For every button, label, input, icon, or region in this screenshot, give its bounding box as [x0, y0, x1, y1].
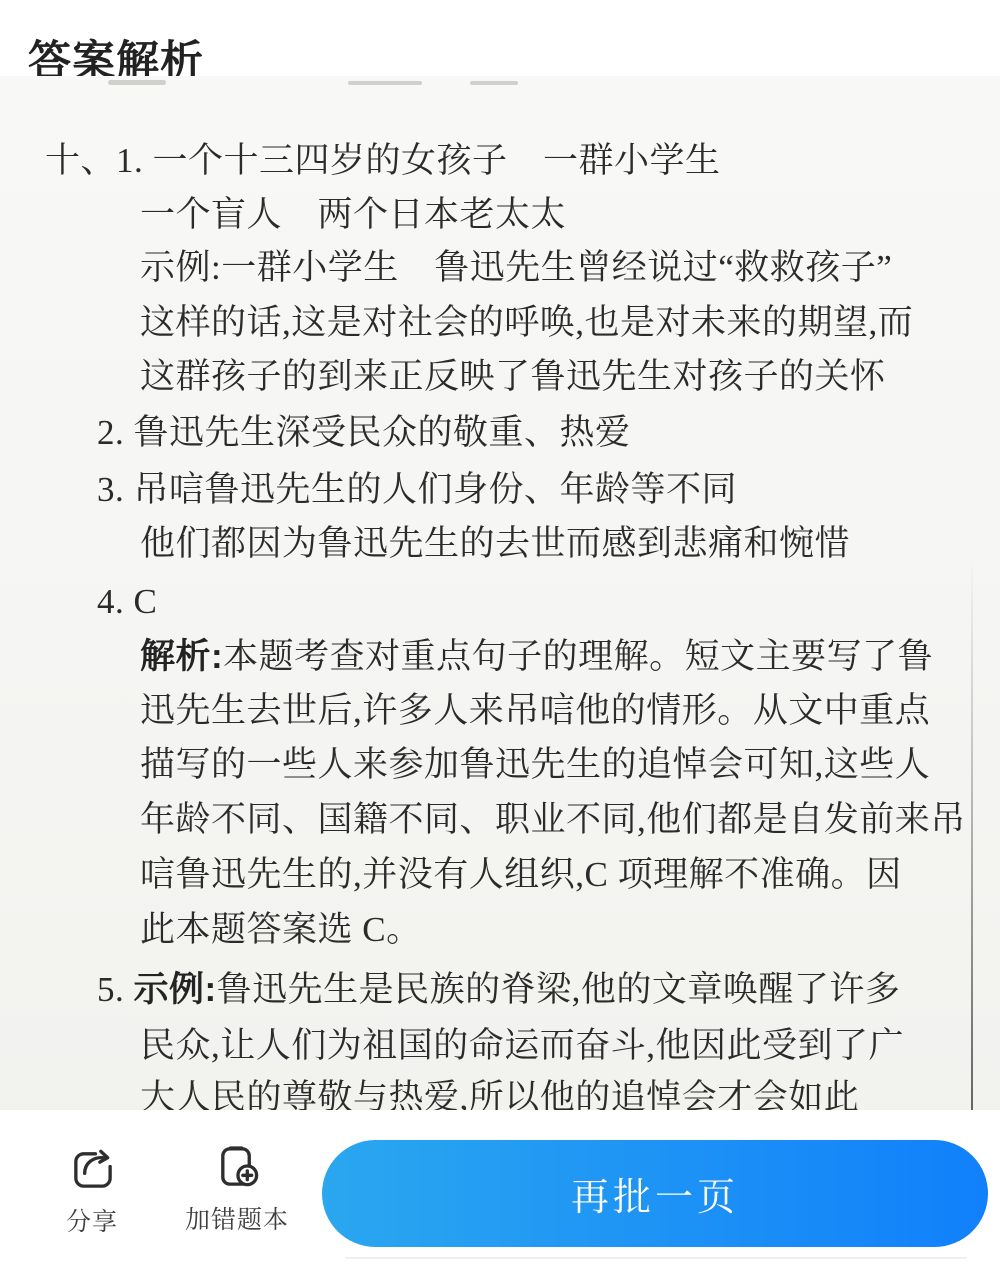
answer-line: 唁鲁迅先生的,并没有人组织,C 项理解不准确。因 [140, 855, 902, 895]
answer-line: 描写的一些人来参加鲁迅先生的追悼会可知,这些人 [140, 745, 930, 785]
scan-artifact [470, 81, 518, 85]
scan-page-edge-line [971, 556, 973, 1110]
answer-line: 他们都因为鲁迅先生的去世而感到悲痛和惋惜 [140, 524, 850, 564]
answer-line-text: 这样的话,这是对社会的呼唤,也是对未来的期望,而 [140, 303, 913, 342]
answer-line-text: 4. C [97, 582, 157, 621]
answer-line-bold: 解析: [140, 637, 223, 676]
mistake-book-add-icon [214, 1142, 261, 1191]
answer-line-text: 示例:一群小学生 鲁迅先生曾经说过“救救孩子” [140, 248, 892, 287]
answer-line-text: 此本题答案选 C。 [140, 910, 422, 949]
scan-artifact [108, 80, 166, 85]
answer-line: 迅先生去世后,许多人来吊唁他的情形。从文中重点 [140, 691, 930, 731]
answer-line: 民众,让人们为祖国的命运而奋斗,他因此受到了广 [140, 1026, 904, 1066]
answer-analysis-screen: 答案解析 十、1. 一个十三四岁的女孩子 一群小学生一个盲人 两个日本老太太示例… [0, 0, 1000, 1273]
answer-line-text: 民众,让人们为祖国的命运而奋斗,他因此受到了广 [140, 1026, 904, 1065]
answer-line-text: 迅先生去世后,许多人来吊唁他的情形。从文中重点 [140, 691, 930, 730]
answer-line: 年龄不同、国籍不同、职业不同,他们都是自发前来吊 [140, 800, 966, 840]
answer-line-text: 描写的一些人来参加鲁迅先生的追悼会可知,这些人 [140, 745, 930, 784]
answer-line: 十、1. 一个十三四岁的女孩子 一群小学生 [45, 141, 721, 181]
answer-line-text: 大人民的尊敬与热爱,所以他的追悼会才会如此 [140, 1078, 859, 1110]
scanned-answer-page: 十、1. 一个十三四岁的女孩子 一群小学生一个盲人 两个日本老太太示例:一群小学… [0, 76, 1000, 1110]
answer-line: 大人民的尊敬与热爱,所以他的追悼会才会如此 [140, 1078, 859, 1110]
answer-line-text: 年龄不同、国籍不同、职业不同,他们都是自发前来吊 [140, 800, 966, 839]
share-label: 分享 [66, 1202, 118, 1238]
answer-line: 这样的话,这是对社会的呼唤,也是对未来的期望,而 [140, 303, 913, 343]
answer-line-text: 十、1. 一个十三四岁的女孩子 一群小学生 [45, 141, 721, 180]
answer-line-text: 一个盲人 两个日本老太太 [140, 195, 566, 234]
answer-line: 一个盲人 两个日本老太太 [140, 195, 566, 235]
mistake-book-label: 加错题本 [185, 1200, 289, 1236]
answer-line-text: 唁鲁迅先生的,并没有人组织,C 项理解不准确。因 [140, 855, 902, 894]
answer-line-text: 他们都因为鲁迅先生的去世而感到悲痛和惋惜 [140, 524, 850, 563]
answer-line-bold: 示例: [134, 970, 217, 1009]
answer-line-text: 2. 鲁迅先生深受民众的敬重、热爱 [97, 413, 631, 452]
answer-line: 这群孩子的到来正反映了鲁迅先生对孩子的关怀 [140, 357, 886, 397]
grade-another-page-button[interactable]: 再批一页 [322, 1140, 988, 1247]
share-button[interactable]: 分享 [62, 1144, 122, 1238]
answer-line: 解析:本题考查对重点句子的理解。短文主要写了鲁 [140, 637, 933, 677]
answer-line-text: 鲁迅先生是民族的脊梁,他的文章唤醒了许多 [217, 970, 901, 1009]
add-to-mistake-book-button[interactable]: 加错题本 [182, 1142, 292, 1236]
answer-line: 示例:一群小学生 鲁迅先生曾经说过“救救孩子” [140, 248, 892, 288]
answer-line: 此本题答案选 C。 [140, 910, 422, 950]
answer-line-text: 3. 吊唁鲁迅先生的人们身份、年龄等不同 [97, 470, 737, 509]
bottom-toolbar: 分享 加错题本 再批一页 [0, 1110, 1000, 1273]
answer-line: 3. 吊唁鲁迅先生的人们身份、年龄等不同 [97, 470, 737, 510]
answer-line: 5. 示例:鲁迅先生是民族的脊梁,他的文章唤醒了许多 [97, 970, 900, 1010]
answer-line-text: 这群孩子的到来正反映了鲁迅先生对孩子的关怀 [140, 357, 886, 396]
button-shadow [345, 1257, 967, 1259]
answer-line: 2. 鲁迅先生深受民众的敬重、热爱 [97, 413, 631, 453]
answer-line-prefix: 5. [97, 970, 134, 1009]
answer-line: 4. C [97, 582, 157, 622]
share-icon [69, 1144, 116, 1193]
scan-artifact [348, 81, 422, 85]
answer-line-text: 本题考查对重点句子的理解。短文主要写了鲁 [223, 637, 933, 676]
